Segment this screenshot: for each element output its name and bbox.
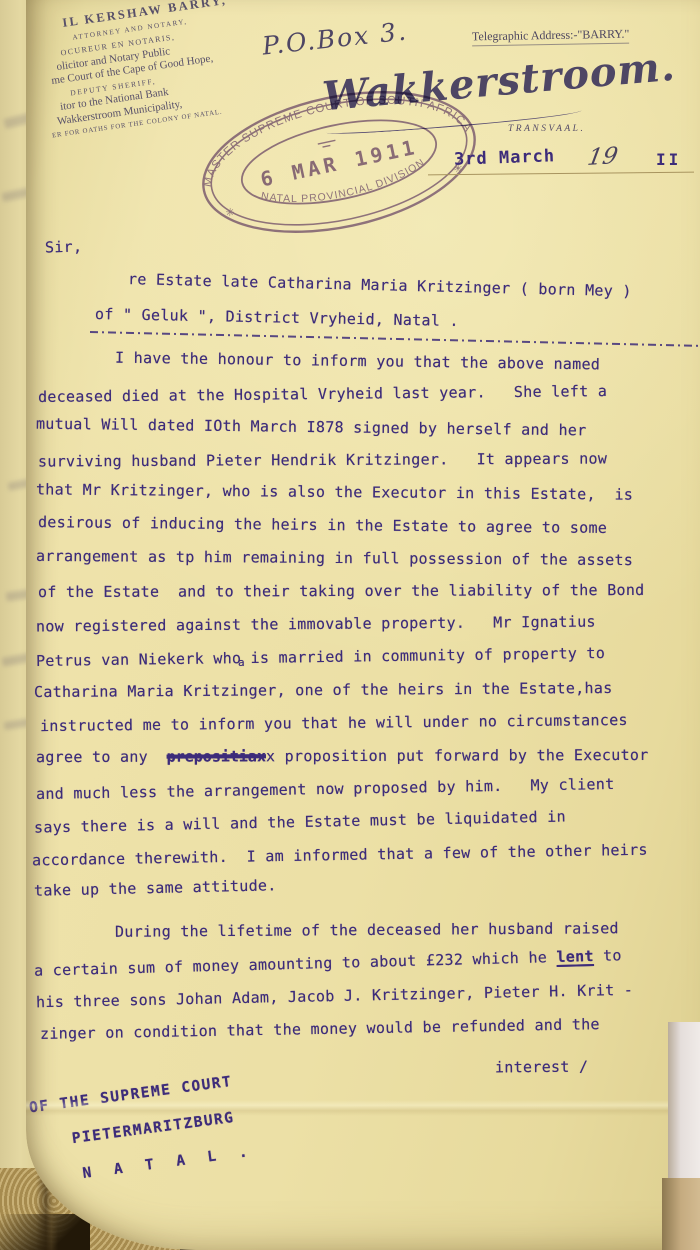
- body-line: deceased died at the Hospital Vryheid la…: [38, 382, 607, 406]
- body-line: now registered against the immovable pro…: [36, 613, 596, 636]
- body-line: Catharina Maria Kritzinger, one of the h…: [34, 679, 613, 701]
- insertion-mark: a: [238, 656, 245, 669]
- body-line: instructed me to inform you that he will…: [40, 711, 628, 735]
- body-line: desirous of inducing the heirs in the Es…: [38, 513, 607, 537]
- underlined-word-lent: lent: [556, 947, 594, 966]
- body-line-with-strikeout: agree to any prepositiaxx proposition pu…: [36, 746, 649, 766]
- body-line: zinger on condition that the money would…: [40, 1015, 600, 1043]
- subject-line-2: of " Geluk ", District Vryheid, Natal .: [95, 305, 459, 330]
- body-line: of the Estate and to their taking over t…: [38, 581, 645, 601]
- typed-date: 3rd March: [454, 146, 556, 170]
- catchword: interest /: [495, 1058, 588, 1077]
- body-line: take up the same attitude.: [34, 876, 277, 899]
- body-line: and much less the arrangement now propos…: [36, 775, 615, 803]
- body-line: that Mr Kritzinger, who is also the Exec…: [36, 480, 633, 503]
- struck-line-suffix: x proposition put forward by the Executo…: [266, 746, 649, 765]
- body-line: surviving husband Pieter Hendrik Kritzin…: [38, 450, 607, 471]
- body-line: his three sons Johan Adam, Jacob J. Krit…: [36, 981, 633, 1012]
- struck-out-word: prepositiax: [167, 747, 266, 765]
- printed-year-19: 19: [585, 143, 619, 171]
- body-line: mutual Will dated IOth March I878 signed…: [36, 415, 587, 440]
- body-line: I have the honour to inform you that the…: [115, 349, 600, 374]
- stamp-smudge-mark: [318, 140, 336, 148]
- lent-line-suffix: to: [594, 946, 622, 965]
- body-line: says there is a will and the Estate must…: [34, 807, 566, 836]
- struck-line-prefix: agree to any: [36, 748, 167, 766]
- lent-line-prefix: a certain sum of money amounting to abou…: [34, 948, 557, 980]
- subject-line-1: re Estate late Catharina Maria Kritzinge…: [128, 270, 632, 300]
- body-line: During the lifetime of the deceased her …: [115, 919, 619, 941]
- body-line: accordance therewith. I am informed that…: [32, 841, 648, 870]
- addressee-block: MASTER OF THE SUPREME COURT PIETERMARITZ…: [26, 1062, 257, 1207]
- body-line: Petrus van Niekerk who is married in com…: [36, 644, 605, 670]
- body-line: arrangement as tp him remaining in full …: [36, 547, 633, 569]
- letter-page: IL KERSHAW BARRY, ATTORNEY AND NOTARY, O…: [26, 0, 700, 1250]
- scanned-letter-photo: IL KERSHAW BARRY, ATTORNEY AND NOTARY, O…: [0, 0, 700, 1250]
- lower-pages-edge: [662, 1178, 700, 1250]
- telegraphic-address: Telegraphic Address:-"BARRY.": [472, 27, 630, 47]
- salutation: Sir,: [45, 238, 83, 257]
- background-strip: [668, 1022, 700, 1190]
- subject-underline: [90, 331, 700, 347]
- typed-year-suffix: II: [656, 150, 681, 169]
- province-name: TRANSVAAL.: [508, 124, 585, 134]
- body-line-with-underline: a certain sum of money amounting to abou…: [34, 946, 622, 979]
